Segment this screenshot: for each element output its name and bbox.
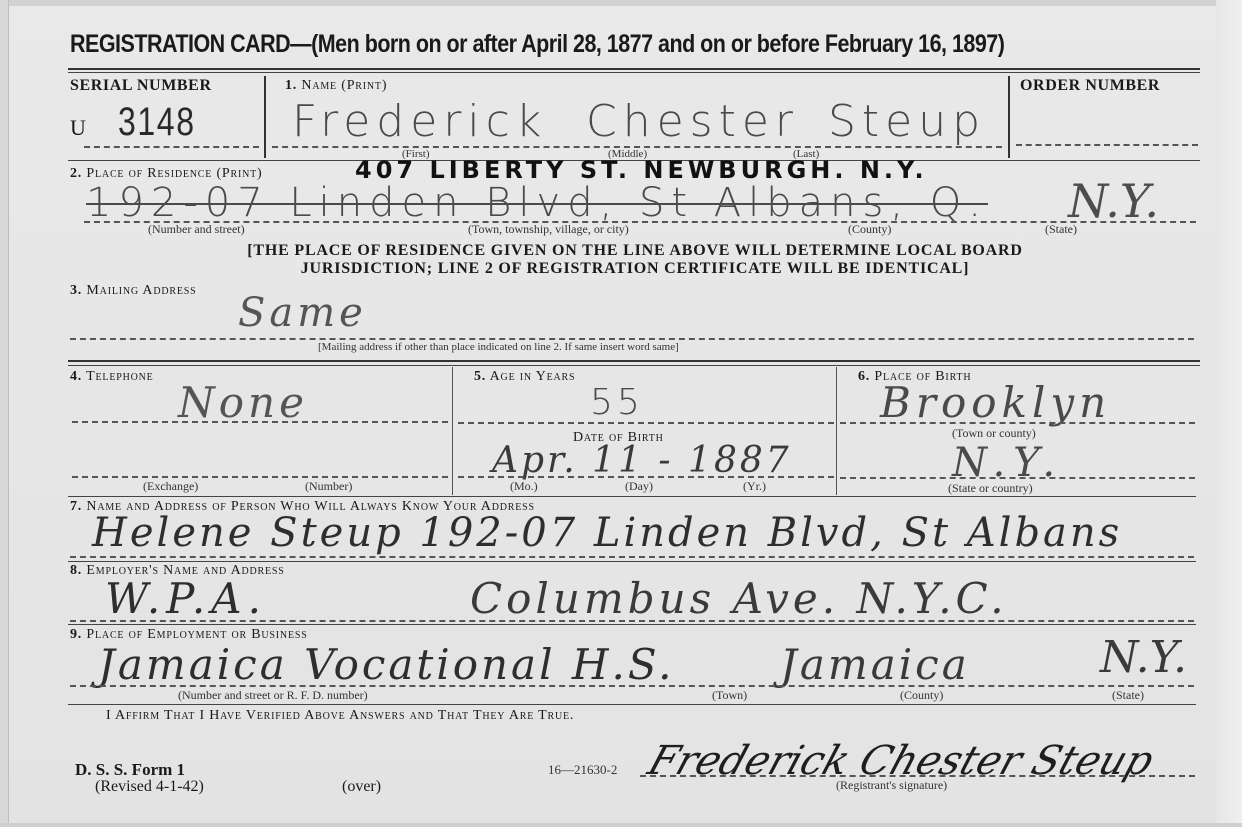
rule <box>68 624 1196 625</box>
caption-state: (State) <box>1045 222 1077 237</box>
residence-struck-value: 192-07 Linden Blvd, St Albans, Q. <box>86 180 988 226</box>
employer-name-value: W.P.A. <box>105 574 267 623</box>
mailing-caption: [Mailing address if other than place ind… <box>318 341 679 353</box>
telephone-line <box>72 421 448 423</box>
employer-line <box>70 620 1194 622</box>
caption-number: (Number) <box>305 479 352 494</box>
employment-place-value: Jamaica Vocational H.S. <box>98 640 675 689</box>
mailing-label: 3. Mailing Address <box>70 283 197 299</box>
divider <box>452 367 453 495</box>
caption-year: (Yr.) <box>743 479 766 494</box>
rule <box>68 365 1200 366</box>
affirmation-text: I Affirm That I Have Verified Above Answ… <box>106 708 574 724</box>
divider <box>836 367 837 495</box>
rule <box>68 496 1196 497</box>
mailing-value: Same <box>238 290 367 336</box>
over-indicator: (over) <box>342 778 381 796</box>
caption-street: (Number and street) <box>148 222 245 237</box>
residence-notice: [THE PLACE OF RESIDENCE GIVEN ON THE LIN… <box>100 242 1170 278</box>
caption-town: (Town, township, village, or city) <box>468 222 629 237</box>
residence-state-value: N.Y. <box>1068 174 1159 228</box>
registration-card: REGISTRATION CARD—(Men born on or after … <box>0 0 1242 827</box>
caption-month: (Mo.) <box>510 479 538 494</box>
caption-street-rfd: (Number and street or R. F. D. number) <box>178 688 368 703</box>
card-edge-top <box>0 0 1242 6</box>
serial-number-label: SERIAL NUMBER <box>70 77 212 95</box>
rule <box>68 72 1200 73</box>
employment-town-value: Jamaica <box>780 640 970 689</box>
serial-prefix: U <box>70 115 86 141</box>
signature-line <box>640 775 1195 777</box>
age-line <box>458 422 834 424</box>
birthplace-state-value: N.Y. <box>952 440 1063 486</box>
caption-exchange: (Exchange) <box>143 479 198 494</box>
card-title: REGISTRATION CARD—(Men born on or after … <box>70 30 1004 59</box>
caption-county: (County) <box>848 222 891 237</box>
rule <box>68 360 1200 362</box>
dob-value: Apr. 11 - 1887 <box>492 440 792 481</box>
contact-person-value: Helene Steup 192-07 Linden Blvd, St Alba… <box>92 510 1122 556</box>
order-number-label: ORDER NUMBER <box>1020 77 1160 95</box>
birthplace-town-line <box>840 422 1195 424</box>
rule <box>68 561 1196 562</box>
divider <box>264 76 266 158</box>
name-middle-value: Chester <box>586 96 799 147</box>
caption-county: (County) <box>900 688 943 703</box>
form-number: D. S. S. Form 1 <box>75 760 185 780</box>
age-label: 5. Age in Years <box>474 369 575 385</box>
birthplace-state-line <box>840 477 1195 479</box>
residence-line <box>84 221 1196 223</box>
order-number-line <box>1016 144 1198 146</box>
caption-day: (Day) <box>625 479 653 494</box>
employment-line <box>70 685 1194 687</box>
rule <box>68 68 1200 70</box>
signature-caption: (Registrant's signature) <box>836 778 947 793</box>
print-code: 16—21630-2 <box>548 762 617 778</box>
mailing-line <box>70 338 1194 340</box>
form-revised: (Revised 4-1-42) <box>95 778 204 796</box>
age-value: 55 <box>590 382 644 423</box>
birthplace-town-value: Brooklyn <box>880 378 1111 427</box>
divider <box>1008 76 1010 158</box>
card-edge-right <box>1216 0 1242 827</box>
employment-state-value: N.Y. <box>1100 632 1187 683</box>
name-last-value: Steup <box>828 96 986 147</box>
serial-number-value: 3148 <box>118 100 196 145</box>
caption-town: (Town) <box>712 688 747 703</box>
caption-state: (State) <box>1112 688 1144 703</box>
card-edge-left <box>0 0 9 827</box>
contact-person-line <box>70 556 1194 558</box>
employer-address-value: Columbus Ave. N.Y.C. <box>470 574 1008 623</box>
telephone-label: 4. Telephone <box>70 369 154 385</box>
dob-line <box>458 476 834 478</box>
caption-town-or-county: (Town or county) <box>952 426 1036 441</box>
telephone-number-line <box>72 476 448 478</box>
caption-state-or-country: (State or country) <box>948 481 1033 496</box>
card-edge-bottom <box>0 823 1242 827</box>
serial-line <box>84 146 259 148</box>
name-label: 1. Name (Print) <box>285 78 387 94</box>
name-first-value: Frederick <box>292 96 547 147</box>
telephone-value: None <box>178 378 308 427</box>
rule <box>68 704 1196 705</box>
